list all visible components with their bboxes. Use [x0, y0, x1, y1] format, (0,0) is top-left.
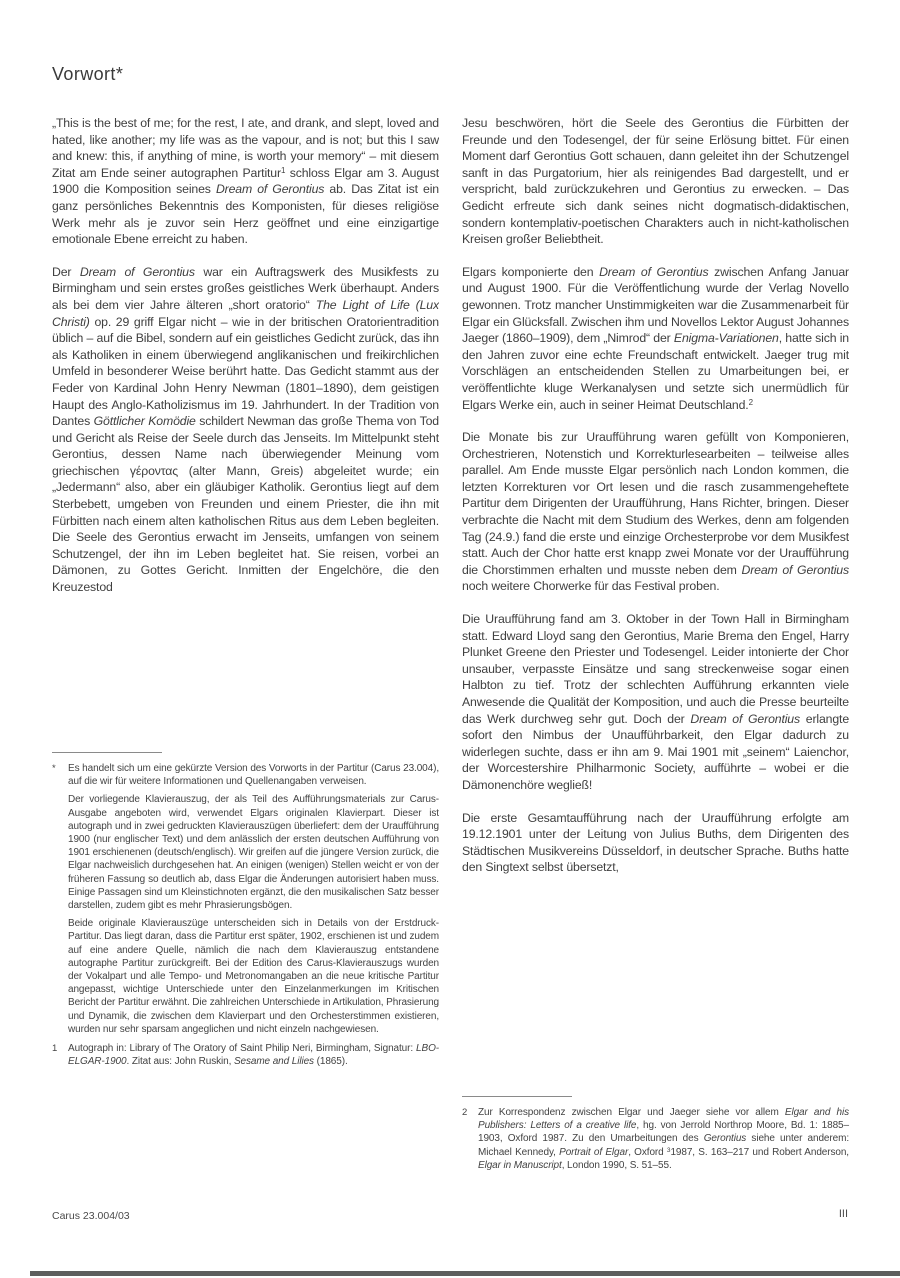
- footnote-text: Es handelt sich um eine gekürzte Version…: [68, 762, 439, 1036]
- document-page: Vorwort* „This is the best of me; for th…: [0, 0, 900, 1278]
- footnote-star: * Es handelt sich um eine gekürzte Versi…: [52, 762, 439, 1036]
- left-footnotes: * Es handelt sich um eine gekürzte Versi…: [52, 752, 439, 1074]
- body-paragraph: Jesu beschwören, hört die Seele des Gero…: [462, 115, 849, 248]
- left-column: „This is the best of me; for the rest, I…: [52, 115, 439, 749]
- body-paragraph: Die erste Gesamtaufführung nach der Urau…: [462, 810, 849, 876]
- footnote-2: 2 Zur Korrespondenz zwischen Elgar und J…: [462, 1106, 849, 1172]
- footnote-separator: [52, 752, 162, 753]
- page-number: III: [839, 1208, 848, 1220]
- footnote-paragraph: Der vorliegende Klavierauszug, der als T…: [68, 793, 439, 912]
- right-footnotes: 2 Zur Korrespondenz zwischen Elgar und J…: [462, 1096, 849, 1178]
- footnote-separator: [462, 1096, 572, 1097]
- footnote-marker: *: [52, 762, 68, 1036]
- footnote-1: 1 Autograph in: Library of The Oratory o…: [52, 1042, 439, 1068]
- footnote-text: Zur Korrespondenz zwischen Elgar und Jae…: [478, 1106, 849, 1172]
- scan-edge-bar: [30, 1271, 900, 1276]
- body-paragraph: Die Uraufführung fand am 3. Oktober in d…: [462, 611, 849, 794]
- page-title: Vorwort*: [52, 64, 123, 85]
- right-column: Jesu beschwören, hört die Seele des Gero…: [462, 115, 849, 1093]
- body-paragraph: Elgars komponierte den Dream of Gerontiu…: [462, 264, 849, 413]
- footnote-paragraph: Beide originale Klavierauszüge untersche…: [68, 917, 439, 1036]
- footnote-paragraph: Autograph in: Library of The Oratory of …: [68, 1042, 439, 1068]
- footnote-marker: 1: [52, 1042, 68, 1068]
- body-paragraph: Der Dream of Gerontius war ein Auftragsw…: [52, 264, 439, 596]
- footnote-paragraph: Es handelt sich um eine gekürzte Version…: [68, 762, 439, 788]
- body-paragraph: „This is the best of me; for the rest, I…: [52, 115, 439, 248]
- body-paragraph: Die Monate bis zur Uraufführung waren ge…: [462, 429, 849, 595]
- footnote-paragraph: Zur Korrespondenz zwischen Elgar und Jae…: [478, 1106, 849, 1172]
- footnote-text: Autograph in: Library of The Oratory of …: [68, 1042, 439, 1068]
- edition-number: Carus 23.004/03: [52, 1210, 130, 1222]
- footnote-marker: 2: [462, 1106, 478, 1172]
